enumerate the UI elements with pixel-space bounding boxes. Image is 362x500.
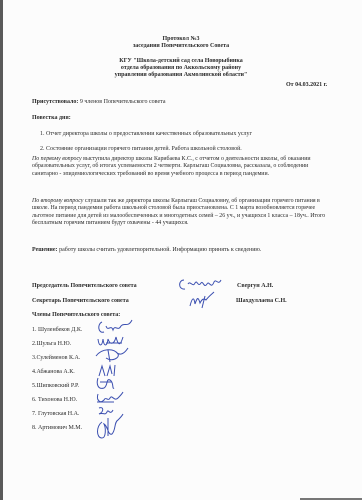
- member-1: 1. Шуленбеков Д.К.: [32, 327, 82, 334]
- agenda-label: Повестка дня:: [32, 115, 71, 122]
- q2-label: По второму вопросу: [32, 198, 83, 204]
- protocol-date: От 04.03.2021 г.: [286, 82, 327, 89]
- attendance-text: 9 членов Попечительского совета: [78, 99, 165, 105]
- discussion-q2: По второму вопросу слушали так же директ…: [32, 198, 332, 227]
- member-7: 7. Глутовская Н.А.: [32, 411, 79, 418]
- chair-name: Свергун А.Н.: [237, 283, 273, 290]
- member-4: 4.Абжанова А.К.: [32, 369, 75, 376]
- org-line-2: отдела образования по Аккольскому району: [0, 65, 362, 72]
- attendance-line: Присутствовало: 9 членов Попечительского…: [32, 99, 165, 106]
- q1-label: По первому вопросу: [32, 156, 82, 162]
- org-line-3: управления образования Акмолинской облас…: [0, 72, 362, 79]
- agenda-item-1: 1. Отчет директора школы о предоставлени…: [40, 131, 252, 138]
- decision-line: Решение: работу школы считать удовлетвор…: [32, 247, 261, 254]
- chair-title: Председатель Попечительского совета: [32, 283, 137, 290]
- member-5: 5.Шипковский Р.Р.: [32, 383, 79, 390]
- member-6: 6. Тихонова Н.Ю.: [32, 397, 77, 404]
- decision-label: Решение:: [32, 247, 58, 253]
- member-3: 3.Сулейменов К.А.: [32, 355, 80, 362]
- attendance-label: Присутствовало:: [32, 99, 78, 105]
- member-8-signature: [94, 412, 124, 442]
- discussion-q1: По первому вопросу выступила директор шк…: [32, 156, 332, 178]
- protocol-subtitle: заседания Попечительского Совета: [0, 43, 362, 50]
- agenda-item-2: 2. Состояние организации горячего питани…: [40, 146, 242, 153]
- org-line-1: КГУ "Школа-детский сад села Новорыбинка: [0, 58, 362, 65]
- secretary-name: Шахдуллаева С.Н.: [236, 298, 287, 305]
- secretary-title: Секретарь Попечительского совета: [32, 298, 129, 305]
- member-8: 8. Артимович М.М.: [32, 425, 82, 432]
- protocol-title: Протокол №3: [0, 36, 362, 43]
- decision-text: работу школы считать удовлетворительной.…: [58, 247, 262, 253]
- secretary-signature: [186, 290, 216, 310]
- member-2: 2.Шульга Н.Ю.: [32, 341, 71, 348]
